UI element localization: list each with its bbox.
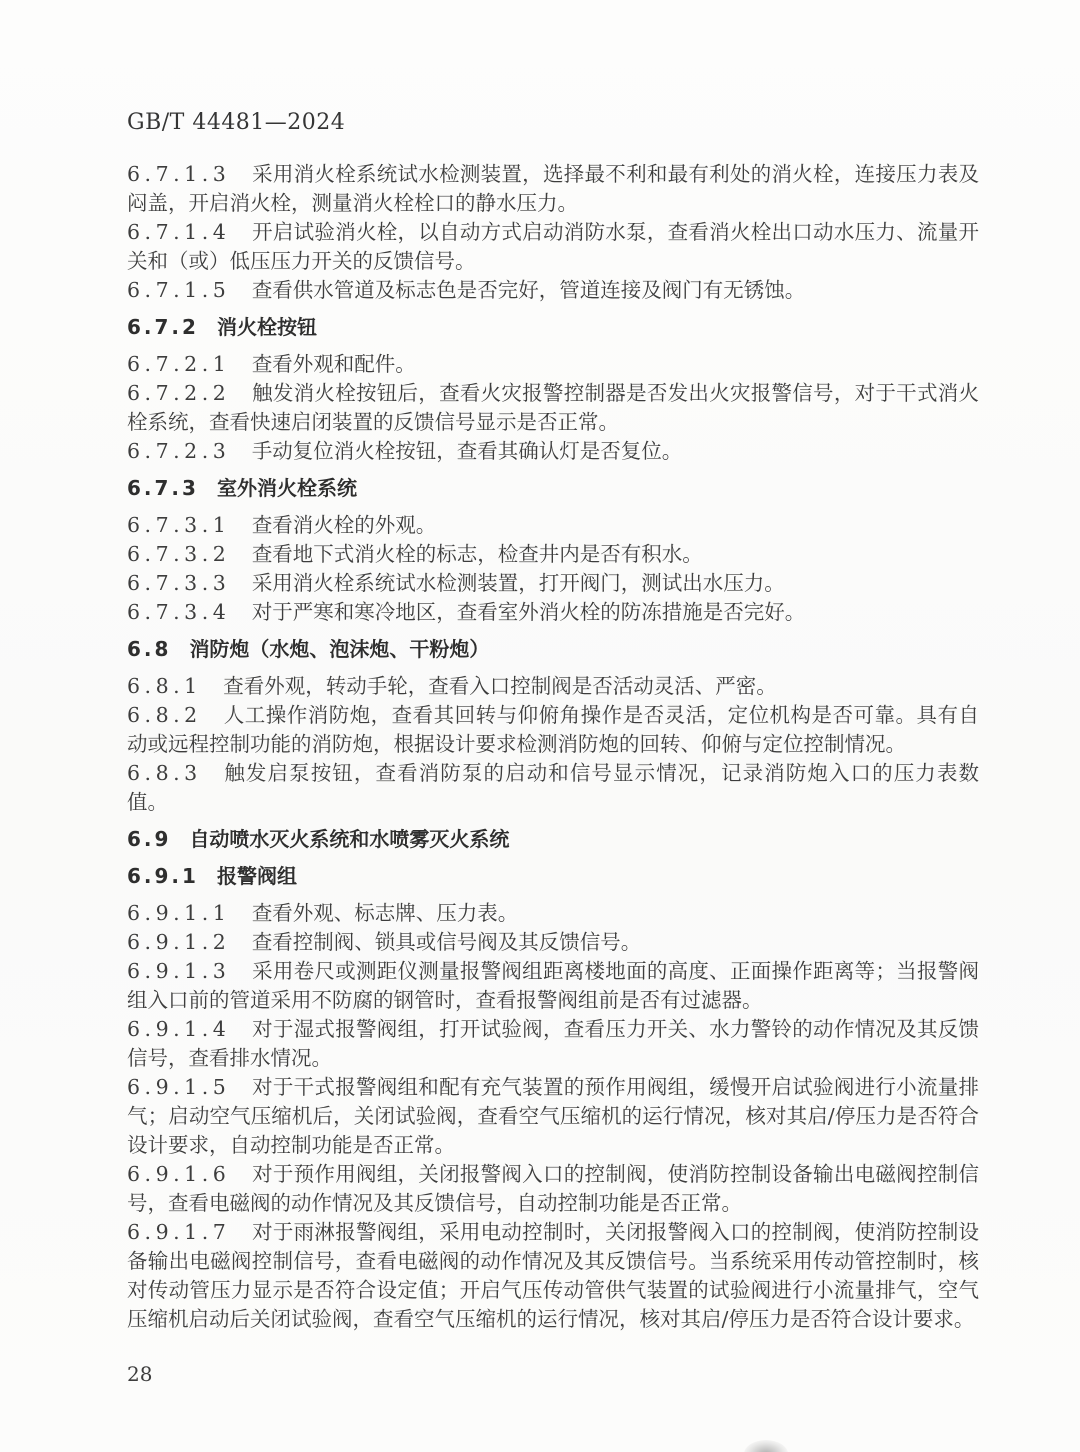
clause-text: 对于严寒和寒冷地区，查看室外消火栓的防冻措施是否完好。 xyxy=(252,600,806,624)
section-title-text: 消防炮（水炮、泡沫炮、干粉炮） xyxy=(189,637,489,661)
clause-6.9.1.6: 6.9.1.6对于预作用阀组，关闭报警阀入口的控制阀，使消防控制设备输出电磁阀控… xyxy=(127,1160,979,1218)
clause-text: 对于雨淋报警阀组，采用电动控制时，关闭报警阀入口的控制阀，使消防控制设备输出电磁… xyxy=(127,1220,979,1331)
clause-text: 查看外观和配件。 xyxy=(252,352,416,376)
clause-number: 6.7.2.3 xyxy=(127,439,230,463)
clause-number: 6.7.3.4 xyxy=(127,600,230,624)
clause-text: 采用消火栓系统试水检测装置，打开阀门，测试出水压力。 xyxy=(252,571,785,595)
clause-number: 6.8.2 xyxy=(127,703,202,727)
clause-number: 6.9.1.4 xyxy=(127,1017,230,1041)
clause-6.7.1.3: 6.7.1.3采用消火栓系统试水检测装置，选择最不利和最有利处的消火栓，连接压力… xyxy=(127,160,979,218)
clause-6.9.1.4: 6.9.1.4对于湿式报警阀组，打开试验阀，查看压力开关、水力警铃的动作情况及其… xyxy=(127,1015,979,1073)
clause-6.8.2: 6.8.2人工操作消防炮，查看其回转与仰俯角操作是否灵活，定位机构是否可靠。具有… xyxy=(127,701,979,759)
clause-6.8.3: 6.8.3触发启泵按钮，查看消防泵的启动和信号显示情况，记录消防炮入口的压力表数… xyxy=(127,759,979,817)
clause-text: 查看控制阀、锁具或信号阀及其反馈信号。 xyxy=(252,930,642,954)
clause-text: 开启试验消火栓，以自动方式启动消防水泵，查看消火栓出口动水压力、流量开关和（或）… xyxy=(127,220,979,273)
clause-number: 6.9.1.3 xyxy=(127,959,230,983)
section-number: 6.7.3 xyxy=(127,476,199,500)
clause-text: 查看外观、标志牌、压力表。 xyxy=(252,901,519,925)
clause-number: 6.7.2.1 xyxy=(127,352,230,376)
clause-number: 6.7.1.4 xyxy=(127,220,230,244)
clause-text: 采用卷尺或测距仪测量报警阀组距离楼地面的高度、正面操作距离等；当报警阀组入口前的… xyxy=(127,959,979,1012)
clause-6.7.2.1: 6.7.2.1查看外观和配件。 xyxy=(127,350,979,379)
clause-text: 触发消火栓按钮后，查看火灾报警控制器是否发出火灾报警信号，对于干式消火栓系统，查… xyxy=(127,381,979,434)
clause-text: 采用消火栓系统试水检测装置，选择最不利和最有利处的消火栓，连接压力表及闷盖，开启… xyxy=(127,162,979,215)
clause-6.7.2.2: 6.7.2.2触发消火栓按钮后，查看火灾报警控制器是否发出火灾报警信号，对于干式… xyxy=(127,379,979,437)
section-number: 6.9 xyxy=(127,827,171,851)
clause-6.7.3.2: 6.7.3.2查看地下式消火栓的标志，检查井内是否有积水。 xyxy=(127,540,979,569)
clause-6.8.1: 6.8.1查看外观，转动手轮，查看入口控制阀是否活动灵活、严密。 xyxy=(127,672,979,701)
clause-text: 对于干式报警阀组和配有充气装置的预作用阀组，缓慢开启试验阀进行小流量排气；启动空… xyxy=(127,1075,979,1157)
clause-number: 6.9.1.2 xyxy=(127,930,230,954)
clause-6.9.1.5: 6.9.1.5对于干式报警阀组和配有充气装置的预作用阀组，缓慢开启试验阀进行小流… xyxy=(127,1073,979,1160)
clause-number: 6.8.3 xyxy=(127,761,202,785)
clause-number: 6.7.1.3 xyxy=(127,162,230,186)
clause-6.7.3.1: 6.7.3.1查看消火栓的外观。 xyxy=(127,511,979,540)
section-heading-6.9.1: 6.9.1报警阀组 xyxy=(127,862,979,891)
clause-number: 6.9.1.7 xyxy=(127,1220,230,1244)
section-number: 6.9.1 xyxy=(127,864,199,888)
clause-text: 查看地下式消火栓的标志，检查井内是否有积水。 xyxy=(252,542,703,566)
section-heading-6.7.2: 6.7.2消火栓按钮 xyxy=(127,313,979,342)
clause-number: 6.9.1.1 xyxy=(127,901,230,925)
clause-6.9.1.1: 6.9.1.1查看外观、标志牌、压力表。 xyxy=(127,899,979,928)
clause-text: 触发启泵按钮，查看消防泵的启动和信号显示情况，记录消防炮入口的压力表数值。 xyxy=(127,761,979,814)
standard-number-header: GB/T 44481—2024 xyxy=(127,110,345,135)
clause-6.9.1.3: 6.9.1.3采用卷尺或测距仪测量报警阀组距离楼地面的高度、正面操作距离等；当报… xyxy=(127,957,979,1015)
section-title-text: 自动喷水灭火系统和水喷雾灭火系统 xyxy=(189,827,509,851)
clause-text: 查看消火栓的外观。 xyxy=(252,513,437,537)
section-number: 6.8 xyxy=(127,637,171,661)
section-title-text: 报警阀组 xyxy=(217,864,297,888)
clause-text: 人工操作消防炮，查看其回转与仰俯角操作是否灵活，定位机构是否可靠。具有自动或远程… xyxy=(127,703,979,756)
clause-number: 6.9.1.6 xyxy=(127,1162,230,1186)
clause-text: 对于湿式报警阀组，打开试验阀，查看压力开关、水力警铃的动作情况及其反馈信号，查看… xyxy=(127,1017,979,1070)
document-body: 6.7.1.3采用消火栓系统试水检测装置，选择最不利和最有利处的消火栓，连接压力… xyxy=(127,160,979,1334)
clause-text: 查看供水管道及标志色是否完好，管道连接及阀门有无锈蚀。 xyxy=(252,278,806,302)
clause-6.7.3.3: 6.7.3.3采用消火栓系统试水检测装置，打开阀门，测试出水压力。 xyxy=(127,569,979,598)
clause-6.9.1.7: 6.9.1.7对于雨淋报警阀组，采用电动控制时，关闭报警阀入口的控制阀，使消防控… xyxy=(127,1218,979,1334)
clause-number: 6.7.3.3 xyxy=(127,571,230,595)
clause-6.7.1.4: 6.7.1.4开启试验消火栓，以自动方式启动消防水泵，查看消火栓出口动水压力、流… xyxy=(127,218,979,276)
section-heading-6.9: 6.9自动喷水灭火系统和水喷雾灭火系统 xyxy=(127,825,979,854)
clause-6.7.2.3: 6.7.2.3手动复位消火栓按钮，查看其确认灯是否复位。 xyxy=(127,437,979,466)
clause-text: 查看外观，转动手轮，查看入口控制阀是否活动灵活、严密。 xyxy=(223,674,777,698)
section-heading-6.7.3: 6.7.3室外消火栓系统 xyxy=(127,474,979,503)
document-page: GB/T 44481—2024 6.7.1.3采用消火栓系统试水检测装置，选择最… xyxy=(0,0,1080,1452)
clause-number: 6.7.3.2 xyxy=(127,542,230,566)
clause-6.7.3.4: 6.7.3.4对于严寒和寒冷地区，查看室外消火栓的防冻措施是否完好。 xyxy=(127,598,979,627)
clause-number: 6.7.3.1 xyxy=(127,513,230,537)
scan-artifact-blob xyxy=(744,1440,788,1452)
clause-number: 6.9.1.5 xyxy=(127,1075,230,1099)
section-number: 6.7.2 xyxy=(127,315,199,339)
page-number: 28 xyxy=(127,1362,152,1386)
clause-6.7.1.5: 6.7.1.5查看供水管道及标志色是否完好，管道连接及阀门有无锈蚀。 xyxy=(127,276,979,305)
section-title-text: 室外消火栓系统 xyxy=(217,476,357,500)
clause-6.9.1.2: 6.9.1.2查看控制阀、锁具或信号阀及其反馈信号。 xyxy=(127,928,979,957)
clause-number: 6.8.1 xyxy=(127,674,202,698)
clause-text: 对于预作用阀组，关闭报警阀入口的控制阀，使消防控制设备输出电磁阀控制信号，查看电… xyxy=(127,1162,979,1215)
clause-number: 6.7.1.5 xyxy=(127,278,230,302)
clause-text: 手动复位消火栓按钮，查看其确认灯是否复位。 xyxy=(252,439,683,463)
clause-number: 6.7.2.2 xyxy=(127,381,230,405)
section-title-text: 消火栓按钮 xyxy=(217,315,317,339)
section-heading-6.8: 6.8消防炮（水炮、泡沫炮、干粉炮） xyxy=(127,635,979,664)
